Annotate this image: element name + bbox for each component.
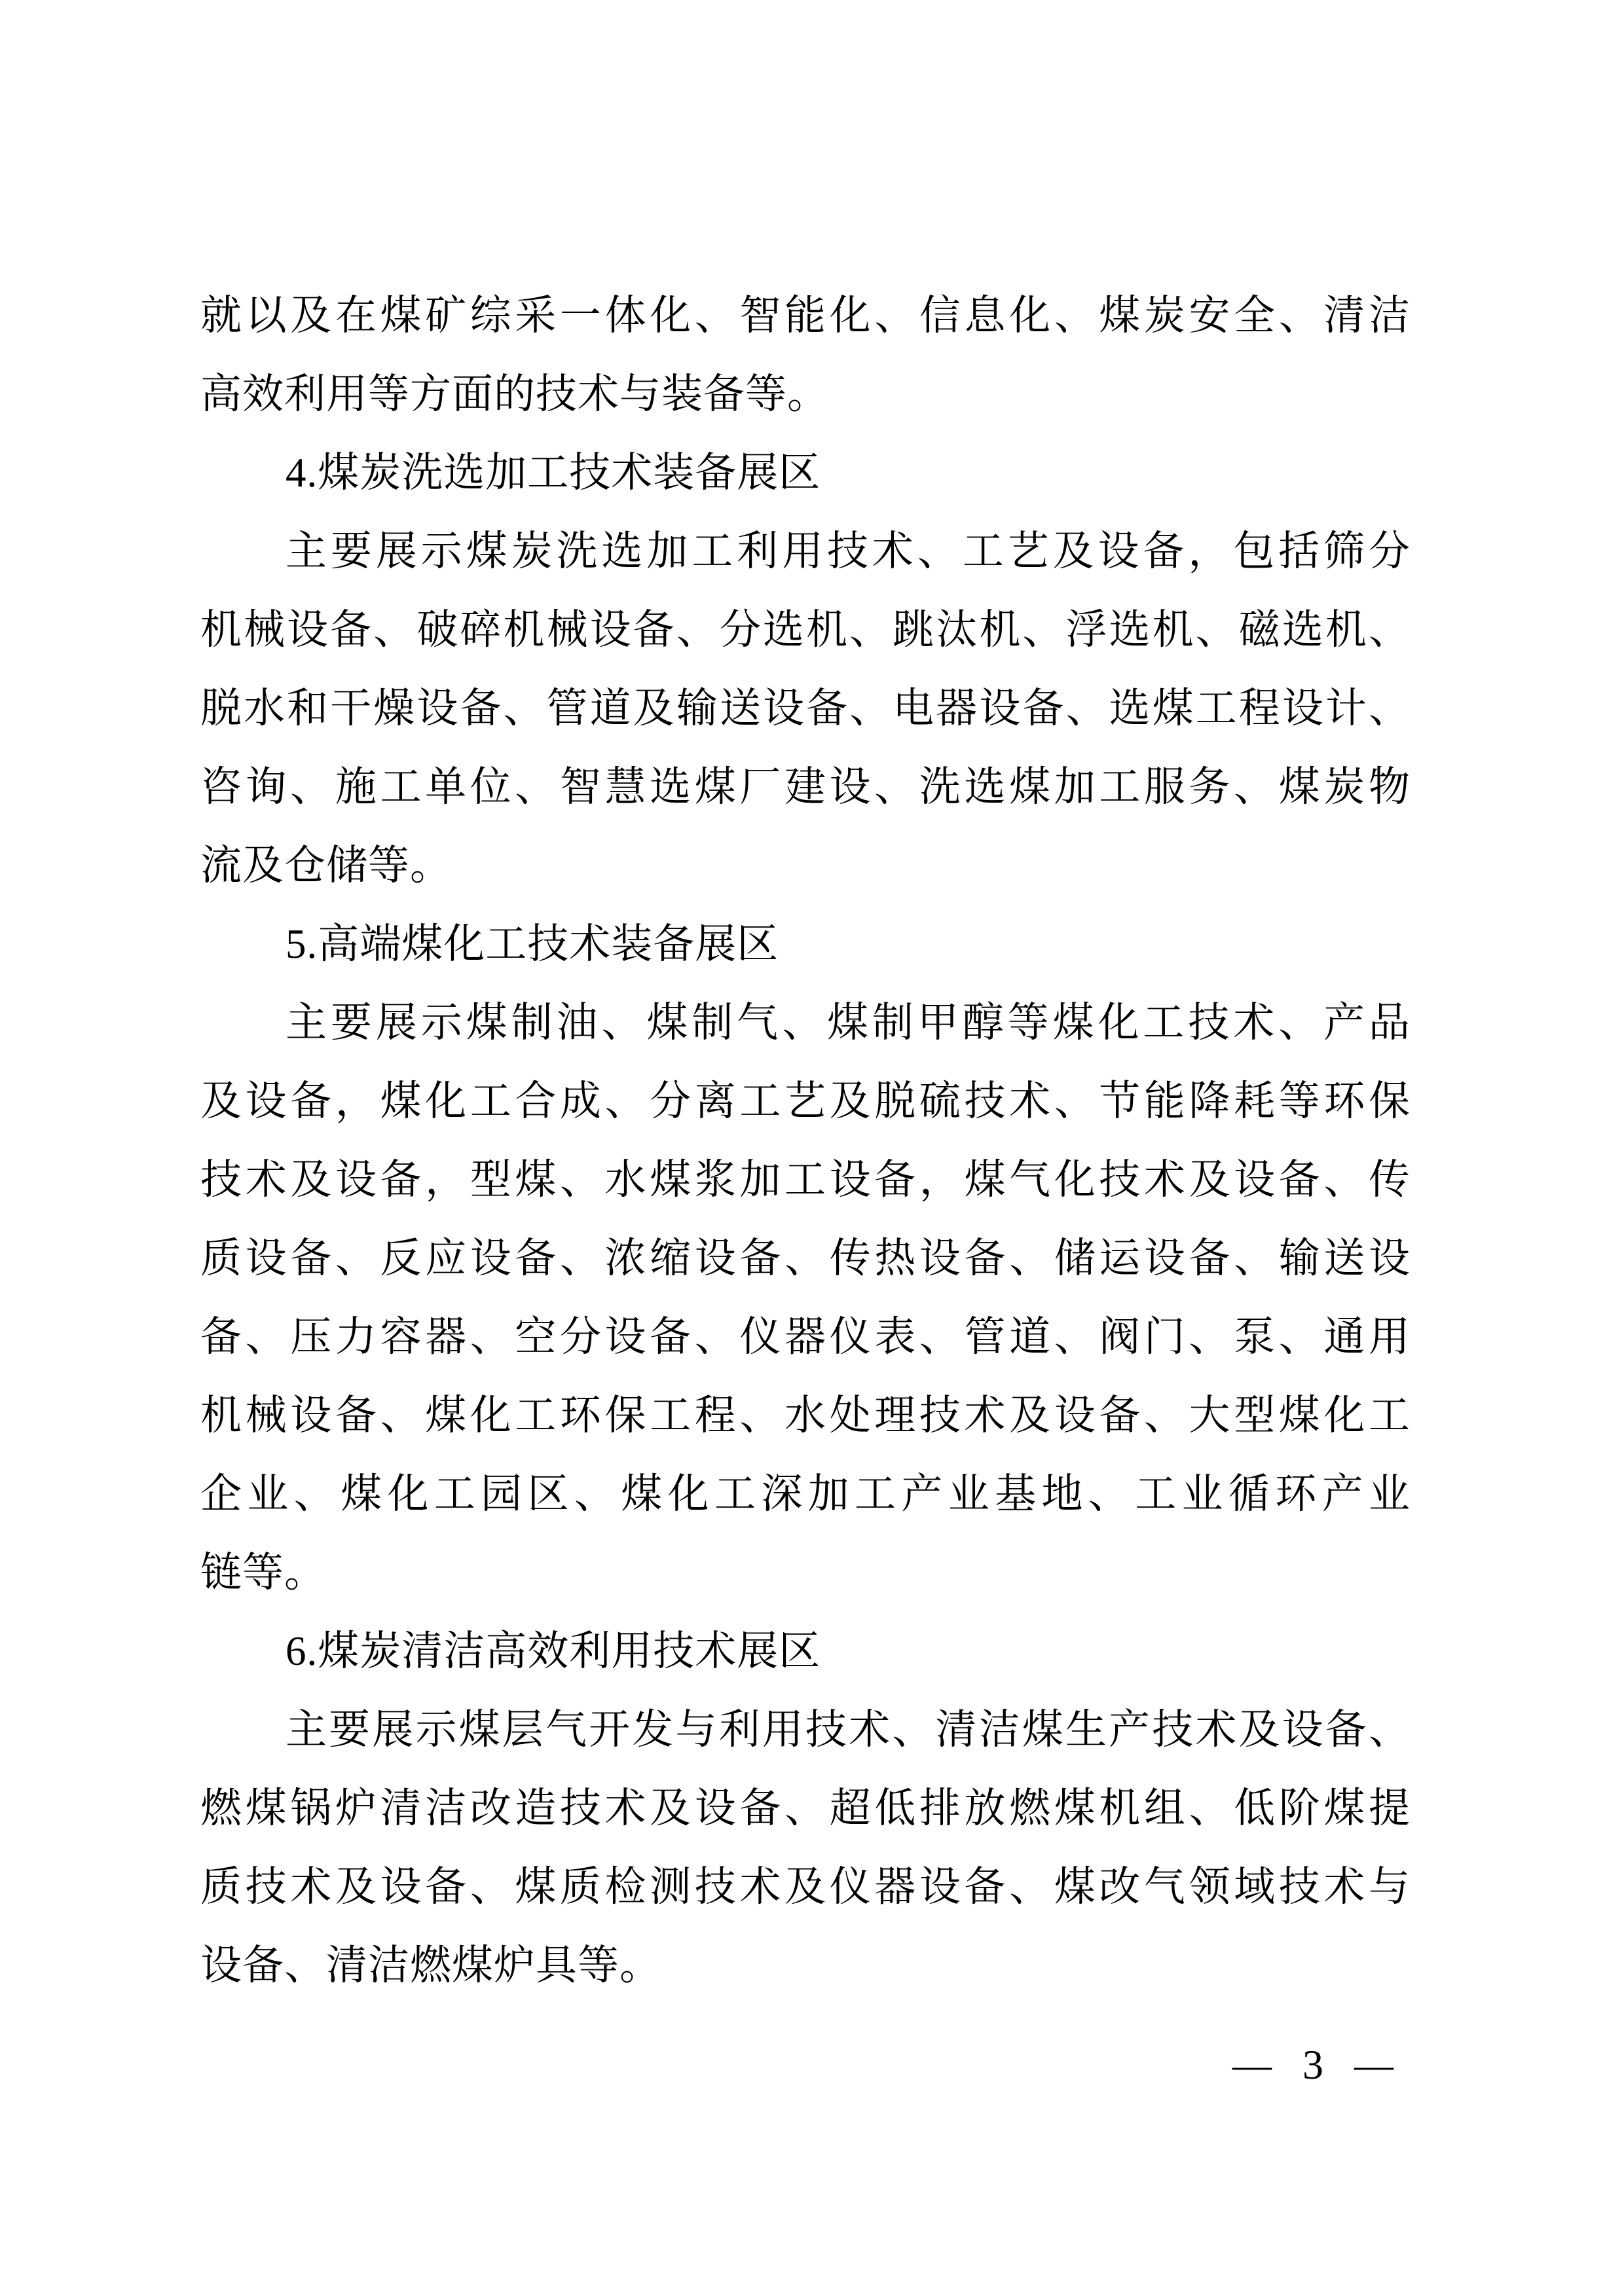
text-line: 技术及设备，型煤、水煤浆加工设备，煤气化技术及设备、传 <box>200 1140 1411 1219</box>
text-line: 质技术及设备、煤质检测技术及仪器设备、煤改气领域技术与 <box>200 1848 1411 1926</box>
text-line: 质设备、反应设备、浓缩设备、传热设备、储运设备、输送设 <box>200 1219 1411 1298</box>
page-number-value: 3 <box>1302 2041 1323 2088</box>
text-line: 流及仓储等。 <box>200 826 1411 905</box>
text-line: 主要展示煤炭洗选加工利用技术、工艺及设备，包括筛分 <box>200 512 1411 591</box>
text-line: 机械设备、破碎机械设备、分选机、跳汰机、浮选机、磁选机、 <box>200 591 1411 669</box>
text-line: 及设备，煤化工合成、分离工艺及脱硫技术、节能降耗等环保 <box>200 1062 1411 1140</box>
text-line: 主要展示煤制油、煤制气、煤制甲醇等煤化工技术、产品 <box>200 983 1411 1062</box>
text-line: 就以及在煤矿综采一体化、智能化、信息化、煤炭安全、清洁 <box>200 276 1411 355</box>
text-line: 链等。 <box>200 1533 1411 1612</box>
text-line: 高效利用等方面的技术与装备等。 <box>200 355 1411 433</box>
text-line: 企业、煤化工园区、煤化工深加工产业基地、工业循环产业 <box>200 1455 1411 1533</box>
page-number: — 3 — <box>1232 2041 1393 2088</box>
section-heading-4: 4.煤炭洗选加工技术装备展区 <box>200 433 1411 512</box>
section-heading-5: 5.高端煤化工技术装备展区 <box>200 905 1411 983</box>
text-line: 脱水和干燥设备、管道及输送设备、电器设备、选煤工程设计、 <box>200 669 1411 748</box>
text-line: 备、压力容器、空分设备、仪器仪表、管道、阀门、泵、通用 <box>200 1298 1411 1376</box>
text-line: 咨询、施工单位、智慧选煤厂建设、洗选煤加工服务、煤炭物 <box>200 748 1411 826</box>
section-heading-6: 6.煤炭清洁高效利用技术展区 <box>200 1612 1411 1690</box>
page-number-dash-left: — <box>1232 2041 1272 2088</box>
text-line: 设备、清洁燃煤炉具等。 <box>200 1926 1411 2005</box>
text-line: 主要展示煤层气开发与利用技术、清洁煤生产技术及设备、 <box>200 1690 1411 1769</box>
page-number-dash-right: — <box>1354 2041 1393 2088</box>
document-page: 就以及在煤矿综采一体化、智能化、信息化、煤炭安全、清洁 高效利用等方面的技术与装… <box>0 0 1624 2296</box>
text-line: 燃煤锅炉清洁改造技术及设备、超低排放燃煤机组、低阶煤提 <box>200 1769 1411 1848</box>
text-line: 机械设备、煤化工环保工程、水处理技术及设备、大型煤化工 <box>200 1376 1411 1455</box>
document-body: 就以及在煤矿综采一体化、智能化、信息化、煤炭安全、清洁 高效利用等方面的技术与装… <box>200 276 1411 2005</box>
